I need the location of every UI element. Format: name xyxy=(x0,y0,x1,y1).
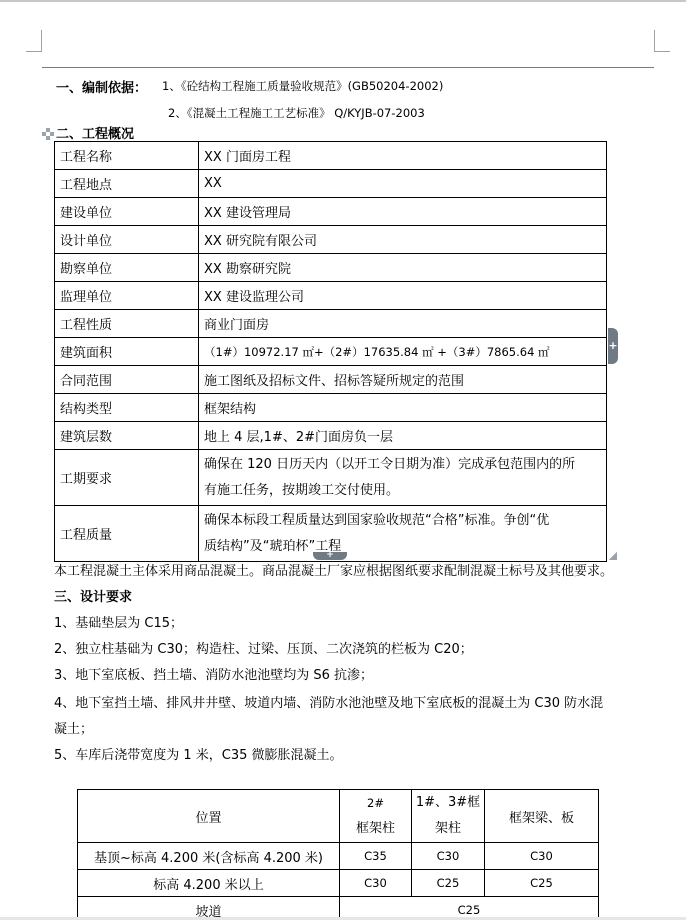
cell-value: C25 xyxy=(485,870,599,897)
table-move-handle-icon[interactable] xyxy=(42,128,54,140)
header-line: 1#、3#框 xyxy=(414,790,482,816)
row-value: 施工图纸及招标文件、招标答疑所规定的范围 xyxy=(199,366,607,394)
row-value: 确保本标段工程质量达到国家验收规范“合格”标准。争创“优质结构”及“琥珀杯”工程 xyxy=(199,506,607,562)
row-value: 框架结构 xyxy=(199,394,607,422)
table-row: 监理单位XX 建设监理公司 xyxy=(55,282,607,310)
concrete-grade-table: 位置 2#框架柱 1#、3#框架柱 框架梁、板 基顶~标高 4.200 米(含标… xyxy=(77,789,599,920)
row-key: 建设单位 xyxy=(55,198,199,226)
row-key: 建筑层数 xyxy=(55,422,199,450)
row-value-line: 有施工任务，按期竣工交付使用。 xyxy=(204,478,601,504)
cell-value: C30 xyxy=(340,870,412,897)
window-top-edge xyxy=(0,0,686,2)
row-key: 工程性质 xyxy=(55,310,199,338)
header-line: 框架柱 xyxy=(342,816,409,842)
cell-value: C30 xyxy=(412,843,485,870)
row-key: 建筑面积 xyxy=(55,338,199,366)
add-row-button[interactable]: + xyxy=(313,552,347,560)
design-item-1: 1、基础垫层为 C15； xyxy=(54,612,183,631)
design-item-4-cont: 凝土； xyxy=(54,718,93,737)
table-row: 工程性质商业门面房 xyxy=(55,310,607,338)
project-overview-table: 工程名称XX 门面房工程 工程地点XX 建设单位XX 建设管理局 设计单位XX … xyxy=(54,141,607,562)
add-column-button[interactable]: + xyxy=(608,328,618,364)
cell-value: C35 xyxy=(340,843,412,870)
design-item-5: 5、车库后浇带宽度为 1 米，C35 微膨胀混凝土。 xyxy=(54,744,343,763)
row-value: XX 勘察研究院 xyxy=(199,254,607,282)
cell-value: C25 xyxy=(412,870,485,897)
header-col3: 1#、3#框架柱 xyxy=(412,790,485,843)
section1-item-1: 1、《砼结构工程施工质量验收规范》(GB50204-2002) xyxy=(162,78,443,94)
design-item-2: 2、独立柱基础为 C30；构造柱、过梁、压顶、二次浇筑的栏板为 C20； xyxy=(54,638,473,657)
row-key: 结构类型 xyxy=(55,394,199,422)
row-value: XX xyxy=(199,170,607,198)
row-key: 工期要求 xyxy=(55,450,199,506)
cell-value: C30 xyxy=(485,843,599,870)
page-margin-corner-top-right xyxy=(654,30,670,52)
row-key: 设计单位 xyxy=(55,226,199,254)
cell-position: 标高 4.200 米以上 xyxy=(78,870,340,897)
row-key: 工程质量 xyxy=(55,506,199,562)
table-resize-handle-icon[interactable] xyxy=(609,552,617,560)
table-row: 基顶~标高 4.200 米(含标高 4.200 米) C35 C30 C30 xyxy=(78,843,599,870)
row-key: 合同范围 xyxy=(55,366,199,394)
header-position: 位置 xyxy=(78,790,340,843)
row-value: 商业门面房 xyxy=(199,310,607,338)
row-value-line: 确保本标段工程质量达到国家验收规范“合格”标准。争创“优 xyxy=(204,508,601,534)
table-header-row: 位置 2#框架柱 1#、3#框架柱 框架梁、板 xyxy=(78,790,599,843)
row-value: XX 门面房工程 xyxy=(199,142,607,170)
design-item-3: 3、地下室底板、挡土墙、消防水池池壁均为 S6 抗渗； xyxy=(54,664,373,683)
table-row: 建筑层数地上 4 层,1#、2#门面房负一层 xyxy=(55,422,607,450)
header-line: 2# xyxy=(342,790,409,816)
section3-heading: 三、设计要求 xyxy=(54,586,132,605)
table-row: 勘察单位XX 勘察研究院 xyxy=(55,254,607,282)
row-value: 地上 4 层,1#、2#门面房负一层 xyxy=(199,422,607,450)
design-item-4: 4、地下室挡土墙、排风井井壁、坡道内墙、消防水池池壁及地下室底板的混凝土为 C3… xyxy=(54,692,603,711)
row-value-line: 确保在 120 日历天内（以开工令日期为准）完成承包范围内的所 xyxy=(204,452,601,478)
table-row: 标高 4.200 米以上 C30 C25 C25 xyxy=(78,870,599,897)
table-row: 设计单位XX 研究院有限公司 xyxy=(55,226,607,254)
header-col2: 2#框架柱 xyxy=(340,790,412,843)
table-row: 合同范围施工图纸及招标文件、招标答疑所规定的范围 xyxy=(55,366,607,394)
header-col4: 框架梁、板 xyxy=(485,790,599,843)
table-row: 建设单位XX 建设管理局 xyxy=(55,198,607,226)
row-value: 确保在 120 日历天内（以开工令日期为准）完成承包范围内的所有施工任务，按期竣… xyxy=(199,450,607,506)
header-rule xyxy=(42,67,654,68)
section1-item-2: 2、《混凝土工程施工工艺标准》 Q/KYJB-07-2003 xyxy=(168,105,425,121)
cell-position: 基顶~标高 4.200 米(含标高 4.200 米) xyxy=(78,843,340,870)
row-value: XX 研究院有限公司 xyxy=(199,226,607,254)
section2-heading: 二、工程概况 xyxy=(56,123,134,142)
row-value-line: 质结构”及“琥珀杯”工程 xyxy=(204,534,601,560)
row-value: XX 建设监理公司 xyxy=(199,282,607,310)
table-row: 建筑面积（1#）10972.17 ㎡+（2#）17635.84 ㎡ +（3#）7… xyxy=(55,338,607,366)
table-row: 工期要求确保在 120 日历天内（以开工令日期为准）完成承包范围内的所有施工任务… xyxy=(55,450,607,506)
row-key: 工程名称 xyxy=(55,142,199,170)
table-row: 工程名称XX 门面房工程 xyxy=(55,142,607,170)
row-key: 勘察单位 xyxy=(55,254,199,282)
row-value: （1#）10972.17 ㎡+（2#）17635.84 ㎡ +（3#）7865.… xyxy=(199,338,607,366)
page-margin-corner-top-left xyxy=(26,30,42,52)
section2-note: 本工程混凝土主体采用商品混凝土。商品混凝土厂家应根据图纸要求配制混凝土标号及其他… xyxy=(54,560,613,579)
row-key: 监理单位 xyxy=(55,282,199,310)
header-line: 架柱 xyxy=(414,816,482,842)
table-row: 结构类型框架结构 xyxy=(55,394,607,422)
row-key: 工程地点 xyxy=(55,170,199,198)
table-row: 工程地点XX xyxy=(55,170,607,198)
section1-heading: 一、编制依据： xyxy=(56,77,147,96)
row-value: XX 建设管理局 xyxy=(199,198,607,226)
